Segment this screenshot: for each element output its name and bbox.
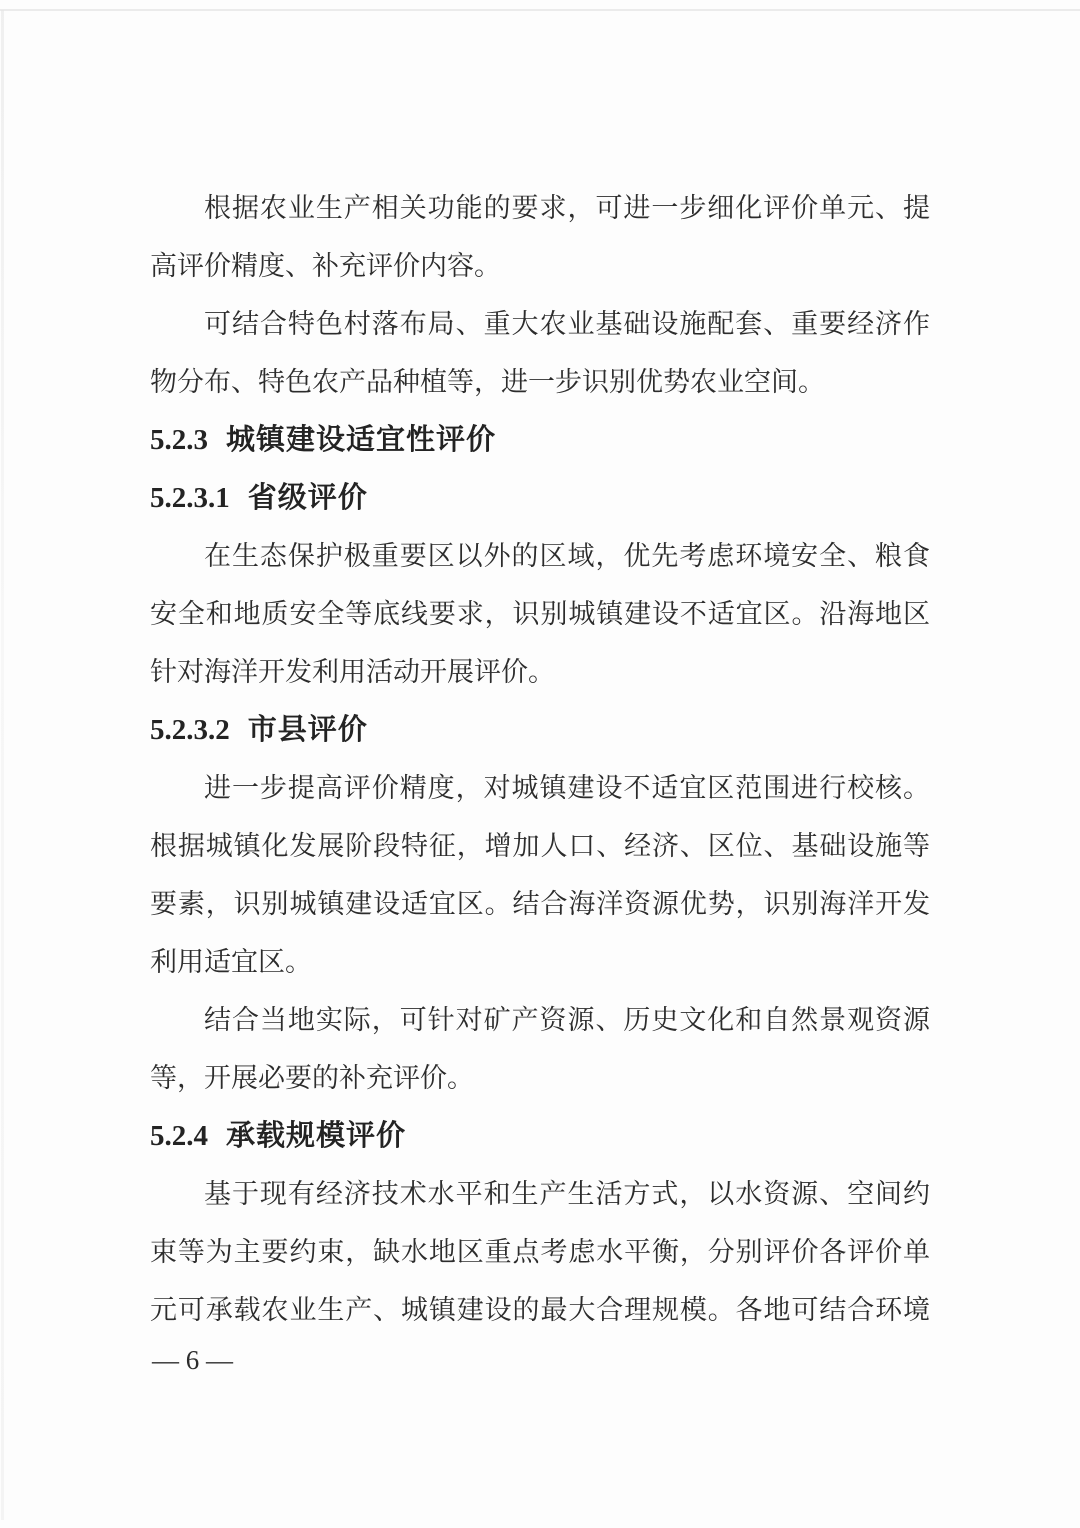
heading-number: 5.2.3.2 [150,714,230,746]
scan-edge-left [1,10,4,1520]
body-text-line: 针对海洋开发利用活动开展评价。 [150,643,930,701]
body-text-line: 结合当地实际，可针对矿产资源、历史文化和自然景观资源 [150,991,930,1049]
section-heading: 5.2.3.1省级评价 [150,469,930,527]
heading-number: 5.2.4 [150,1120,208,1152]
body-text-line: 根据农业生产相关功能的要求，可进一步细化评价单元、提 [150,179,930,237]
body-text-line: 基于现有经济技术水平和生产生活方式，以水资源、空间约 [150,1165,930,1223]
heading-title: 省级评价 [248,482,368,514]
body-text-line: 安全和地质安全等底线要求，识别城镇建设不适宜区。沿海地区 [150,585,930,643]
scan-edge-top [0,9,1080,11]
section-heading: 5.2.3.2市县评价 [150,701,930,759]
page-number: — 6 — [152,1345,233,1375]
body-text-line: 进一步提高评价精度，对城镇建设不适宜区范围进行校核。 [150,759,930,817]
heading-number: 5.2.3.1 [150,482,230,514]
document-body: 根据农业生产相关功能的要求，可进一步细化评价单元、提高评价精度、补充评价内容。可… [150,179,930,1339]
body-text-line: 在生态保护极重要区以外的区域，优先考虑环境安全、粮食 [150,527,930,585]
heading-title: 承载规模评价 [226,1120,406,1152]
body-text-line: 高评价精度、补充评价内容。 [150,237,930,295]
heading-title: 市县评价 [248,714,368,746]
body-text-line: 束等为主要约束，缺水地区重点考虑水平衡，分别评价各评价单 [150,1223,930,1281]
body-text-line: 可结合特色村落布局、重大农业基础设施配套、重要经济作 [150,295,930,353]
body-text-line: 物分布、特色农产品种植等，进一步识别优势农业空间。 [150,353,930,411]
page-footer: — 6 — [152,1331,932,1389]
heading-number: 5.2.3 [150,424,208,456]
body-text-line: 等，开展必要的补充评价。 [150,1049,930,1107]
body-text-line: 利用适宜区。 [150,933,930,991]
heading-title: 城镇建设适宜性评价 [226,424,496,456]
section-heading: 5.2.3城镇建设适宜性评价 [150,411,930,469]
body-text-line: 要素，识别城镇建设适宜区。结合海洋资源优势，识别海洋开发 [150,875,930,933]
document-page: 根据农业生产相关功能的要求，可进一步细化评价单元、提高评价精度、补充评价内容。可… [0,0,1080,1528]
body-text-line: 根据城镇化发展阶段特征，增加人口、经济、区位、基础设施等 [150,817,930,875]
section-heading: 5.2.4承载规模评价 [150,1107,930,1165]
